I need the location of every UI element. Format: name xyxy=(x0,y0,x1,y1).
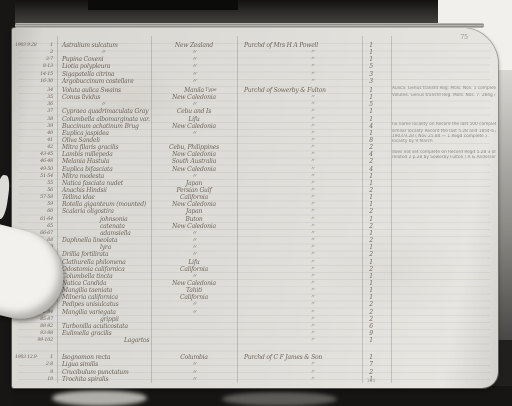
specimen-count: 7 xyxy=(354,361,388,368)
source: Purchd of C F James & Son xyxy=(244,354,322,361)
item-number: 88-92 xyxy=(19,323,53,330)
source-ditto: 〃 xyxy=(310,369,315,376)
ledger-row: 78Mangilia taeniataTahiti〃1 xyxy=(12,287,498,294)
species-name: Tellina idae xyxy=(62,194,95,201)
source-ditto: 〃 xyxy=(310,287,315,294)
specimen-count: 1 xyxy=(354,259,388,266)
locality: New Caledonia xyxy=(153,166,235,173)
ledger-row: 36〃〃〃5 xyxy=(12,101,498,108)
source-ditto: 〃 xyxy=(310,151,315,158)
item-number: 93-98 xyxy=(19,330,53,337)
species-name: Columbella albomarginata var. xyxy=(62,116,150,123)
species-name: Rotella giganteum (mounted) xyxy=(62,201,146,208)
species-name: Euplica bifasciata xyxy=(62,166,113,173)
specimen-count: 1 xyxy=(354,49,388,56)
locality: Cebu, Philippines xyxy=(153,144,235,151)
specimen-count: 2 xyxy=(354,223,388,230)
locality: New Caledonia xyxy=(153,94,235,101)
ledger-row: 9Crucibulum punctatum〃〃2 xyxy=(12,369,498,376)
source-ditto: 〃 xyxy=(310,280,315,287)
ledger-row: 60Scalaria oligostiraJapan〃2 xyxy=(12,208,498,215)
ledger-row: 80-81Pedipes unisulcatus〃〃2 xyxy=(12,301,498,308)
species-name: Liotia polypleura xyxy=(62,63,110,70)
specimen-count: 2 xyxy=(354,158,388,165)
pencil-total-note: 134 xyxy=(354,379,388,384)
species-name: Eulimella gracilis xyxy=(62,330,112,337)
source-ditto: 〃 xyxy=(310,71,315,78)
source-ditto: 〃 xyxy=(310,201,315,208)
specimen-count: 5 xyxy=(354,101,388,108)
locality: 〃 xyxy=(153,273,235,280)
locality: Cebu and Is xyxy=(153,108,235,115)
locality: 〃 xyxy=(153,56,235,63)
species-name: Drillia fortilirata xyxy=(62,251,108,258)
item-number: 9 xyxy=(19,369,53,376)
species-name: Voluta aulica Swains xyxy=(62,87,121,94)
specimen-count: 3 xyxy=(354,71,388,78)
ledger-row: 79Milneria californicaCalifornia〃1 xyxy=(12,294,498,301)
source-ditto: 〃 xyxy=(310,223,315,230)
locality: 〃 xyxy=(153,63,235,70)
locality: 〃 xyxy=(153,173,235,180)
source-ditto: 〃 xyxy=(310,56,315,63)
source-ditto: 〃 xyxy=(310,173,315,180)
specimen-count: 2 xyxy=(354,144,388,151)
specimen-count: 1 xyxy=(354,130,388,137)
source-ditto: 〃 xyxy=(310,158,315,165)
species-name: Euplica jaspidea xyxy=(62,130,109,137)
ledger-row: 75-76Columbella tincta〃〃1 xyxy=(12,273,498,280)
ledger-photo: 75 1903 9.281Astralium sulcatumNew Zeala… xyxy=(0,0,512,406)
item-number: 14-15 xyxy=(19,71,53,78)
specimen-count: 1 xyxy=(354,201,388,208)
item-number: 41 xyxy=(19,137,53,144)
ledger-row: 72-73Clathurella philomenaLifu〃1 xyxy=(12,259,498,266)
source-ditto: 〃 xyxy=(310,266,315,273)
pencil-note: Volutes. Genus transfd Reg. Mols. Nos. 7… xyxy=(392,93,496,98)
ledger-row: 56Anachis HindsiiPersian Gulf〃2 xyxy=(12,187,498,194)
ledger-page: 75 1903 9.281Astralium sulcatumNew Zeala… xyxy=(12,28,498,388)
locality: South Australia xyxy=(153,158,235,165)
item-number: 56 xyxy=(19,187,53,194)
species-name: Crucibulum punctatum xyxy=(62,369,129,376)
item-number: 16-30 xyxy=(19,78,53,85)
locality: 〃 xyxy=(153,71,235,78)
locality: California xyxy=(153,294,235,301)
source-ditto: 〃 xyxy=(310,376,315,383)
species-name: Argobuccinum costellare xyxy=(62,78,134,85)
source-ditto: 〃 xyxy=(310,187,315,194)
source-ditto: 〃 xyxy=(310,251,315,258)
species-name: Oliva Sandeli xyxy=(62,137,100,144)
ledger-row: 41Oliva Sandeli〃8 xyxy=(12,137,498,144)
locality: Manila xyxy=(153,87,235,94)
source-ditto: 〃 xyxy=(310,101,315,108)
specimen-count: 1 xyxy=(354,108,388,115)
background-highlight xyxy=(222,392,337,406)
item-number: 39 xyxy=(19,123,53,130)
specimen-count: 1 xyxy=(354,194,388,201)
source-ditto: 〃 xyxy=(310,273,315,280)
species-name: Isognomon recta xyxy=(62,354,110,361)
ledger-row: 1903 12.91Isognomon rectaColumbiaPurchd … xyxy=(12,354,498,361)
ledger-row: 1903 9.281Astralium sulcatumNew ZealandP… xyxy=(12,42,498,49)
locality: 〃 xyxy=(153,130,235,137)
locality: 〃 xyxy=(153,301,235,308)
source-ditto: 〃 xyxy=(310,130,315,137)
source-ditto: 〃 xyxy=(310,166,315,173)
item-number: 1 xyxy=(19,354,53,361)
specimen-count: 2 xyxy=(354,266,388,273)
ledger-row: 8-13Liotia polypleura〃〃5 xyxy=(12,63,498,70)
item-number: 8-13 xyxy=(19,63,53,70)
source: Purchd of Sowerby & Fulton xyxy=(244,87,326,94)
source-ditto: 〃 xyxy=(310,180,315,187)
source-ditto: 〃 xyxy=(310,309,315,316)
item-number: 34 xyxy=(19,87,53,94)
specimen-count: 1 xyxy=(354,230,388,237)
item-number: 2 xyxy=(19,49,53,56)
ledger-row: 3-7Pupina Coxeni〃〃1 xyxy=(12,56,498,63)
source-ditto: 〃 xyxy=(310,361,315,368)
source-ditto: 〃 xyxy=(310,330,315,337)
entries-area: 1903 9.281Astralium sulcatumNew ZealandP… xyxy=(12,28,498,388)
source-ditto: 〃 xyxy=(310,294,315,301)
item-number: 38 xyxy=(19,116,53,123)
species-name: catenata xyxy=(100,223,125,230)
ledger-row: 74Odostomia californicaCalifornia〃2 xyxy=(12,266,498,273)
ledger-row: 82-84Mangilia variegata〃〃2 xyxy=(12,309,498,316)
item-number: 49-50 xyxy=(19,166,53,173)
locality: Japan xyxy=(153,180,235,187)
species-name: Trochita spiralis xyxy=(62,376,108,383)
specimen-count: 1 xyxy=(354,216,388,223)
source-ditto: 〃 xyxy=(310,194,315,201)
source-ditto: 〃 xyxy=(310,116,315,123)
ledger-row: 40Euplica jaspidea〃〃1similar locality Re… xyxy=(12,130,498,137)
pencil-note: no name locality on Record the last 500 … xyxy=(392,122,496,127)
locality: Lifu xyxy=(153,116,235,123)
species-name: Clathurella philomena xyxy=(62,259,126,266)
specimen-count: 1 xyxy=(354,42,388,49)
source-ditto: 〃 xyxy=(310,108,315,115)
locality: 〃 xyxy=(153,101,235,108)
source-ditto: 〃 xyxy=(310,337,315,344)
specimen-count: 2 xyxy=(354,301,388,308)
ledger-row: 57-58Tellina idaeCalifornia〃1 xyxy=(12,194,498,201)
locality: 〃 xyxy=(153,244,235,251)
species-name: Columbella tincta xyxy=(62,273,113,280)
item-number: 35 xyxy=(19,94,53,101)
specimen-count: 1 xyxy=(354,180,388,187)
source-ditto: 〃 xyxy=(310,301,315,308)
locality: 〃 xyxy=(153,49,235,56)
locality: 〃 xyxy=(153,376,235,383)
species-name: Lambis millepeda xyxy=(62,151,113,158)
source-ditto: 〃 xyxy=(310,216,315,223)
source-ditto: 〃 xyxy=(310,316,315,323)
locality: 〃 xyxy=(153,361,235,368)
species-name: Natica Candida xyxy=(62,280,106,287)
locality: New Caledonia xyxy=(153,201,235,208)
item-number: 36 xyxy=(19,101,53,108)
species-name: Anachis Hindsii xyxy=(62,187,107,194)
specimen-count: 1 xyxy=(354,173,388,180)
locality: 〃 xyxy=(153,369,235,376)
item-number: 99-102 xyxy=(19,337,53,344)
ledger-row: 66-67adamsiella〃〃1 xyxy=(12,230,498,237)
ledger-row: 69-70lyra〃〃1 xyxy=(12,244,498,251)
locality: 〃 xyxy=(153,230,235,237)
species-name: johnsonia xyxy=(100,216,127,223)
source-ditto: 〃 xyxy=(310,123,315,130)
specimen-count: 1 xyxy=(354,337,388,344)
species-name: Sigapatella citrina xyxy=(62,71,114,78)
item-number: 46-48 xyxy=(19,158,53,165)
ledger-row: 71Drillia fortilirata〃〃2 xyxy=(12,251,498,258)
ledger-row: 85-87grippii〃2 xyxy=(12,316,498,323)
specimen-count: 1 xyxy=(354,87,388,94)
species-name: Conus lividus xyxy=(62,94,100,101)
species-name: Ligua similis xyxy=(62,361,98,368)
ledger-row: 59Rotella giganteum (mounted)New Caledon… xyxy=(12,201,498,208)
species-name: grippii xyxy=(100,316,119,323)
species-name: Mitra filaris gracilis xyxy=(62,144,118,151)
locality: Lifu xyxy=(153,259,235,266)
item-number: 61-64 xyxy=(19,216,53,223)
ledger-row: 51-54Mitra modesta〃〃1 xyxy=(12,173,498,180)
species-name: Pupina Coxeni xyxy=(62,56,103,63)
ledger-row: 43-45Lambis millepedaNew Caledonia〃4does… xyxy=(12,151,498,158)
background-highlight xyxy=(52,390,147,406)
item-number: 65 xyxy=(19,223,53,230)
specimen-count: 2 xyxy=(354,208,388,215)
species-name: lyra xyxy=(100,244,111,251)
ledger-row: 10Trochita spiralis〃〃1 xyxy=(12,376,498,383)
ledger-row: 55Natica fasciata nudetJapan〃1 xyxy=(12,180,498,187)
specimen-count: 2 xyxy=(354,369,388,376)
source-ditto: 〃 xyxy=(310,137,315,144)
specimen-count: 1 xyxy=(354,280,388,287)
species-name: Odostomia californica xyxy=(62,266,125,273)
specimen-count: 4 xyxy=(354,123,388,130)
locality: 〃 xyxy=(153,237,235,244)
item-number: 3-7 xyxy=(19,56,53,63)
species-name: Scalaria oligostira xyxy=(62,208,114,215)
specimen-count: 1 xyxy=(354,244,388,251)
item-number: 59 xyxy=(19,201,53,208)
ledger-row: 61-64johnsoniaButon〃1 xyxy=(12,216,498,223)
ledger-row: 35Conus lividusNew Caledonia〃1Volutes. G… xyxy=(12,94,498,101)
source: Purchd of Mrs H A Powell xyxy=(244,42,318,49)
specimen-count: 2 xyxy=(354,251,388,258)
specimen-count: 2 xyxy=(354,237,388,244)
specimen-count: 1 xyxy=(354,354,388,361)
specimen-count: 4 xyxy=(354,151,388,158)
specimen-count: 1 xyxy=(354,94,388,101)
ledger-row: 65catenataNew Caledonia〃2 xyxy=(12,223,498,230)
species-name: Mangilia variegata xyxy=(62,309,116,316)
locality: 〃 xyxy=(153,251,235,258)
species-name: Pedipes unisulcatus xyxy=(62,301,118,308)
locality: New Caledonia xyxy=(153,123,235,130)
species-name: 〃 xyxy=(100,49,106,56)
species-name: Lagartos xyxy=(124,337,149,344)
item-number: 43-45 xyxy=(19,151,53,158)
source-ditto: 〃 xyxy=(310,78,315,85)
item-number: 57-58 xyxy=(19,194,53,201)
locality: Buton xyxy=(153,216,235,223)
pencil-note: Aulica. Genus transfd Reg. Mols. Nos. 1 … xyxy=(392,86,496,91)
item-number: 37 xyxy=(19,108,53,115)
background-shadow xyxy=(88,0,238,10)
item-number: 42 xyxy=(19,144,53,151)
locality: 〃 xyxy=(153,309,235,316)
species-name: Melania Hastula xyxy=(62,158,109,165)
ledger-row: 2〃〃〃1 xyxy=(12,49,498,56)
species-name: Mangilia taeniata xyxy=(62,287,112,294)
ledger-row: 77Natica CandidaNew Caledonia〃1 xyxy=(12,280,498,287)
item-number: 40 xyxy=(19,130,53,137)
specimen-count: 1 xyxy=(354,116,388,123)
source-ditto: 〃 xyxy=(310,237,315,244)
specimen-count: 4 xyxy=(354,166,388,173)
locality: New Zealand xyxy=(153,42,235,49)
species-name: Buccinum achatinum Brug xyxy=(62,123,139,130)
locality: Japan xyxy=(153,208,235,215)
source-ditto: 〃 xyxy=(310,230,315,237)
ledger-row: 16-30Argobuccinum costellare〃〃3 xyxy=(12,78,498,85)
species-name: Turbonilla acuticostata xyxy=(62,323,128,330)
locality: California xyxy=(153,266,235,273)
specimen-count: 6 xyxy=(354,323,388,330)
source-ditto: 〃 xyxy=(310,259,315,266)
item-number: 51-54 xyxy=(19,173,53,180)
locality: Persian Gulf xyxy=(153,187,235,194)
item-number: 1 xyxy=(19,42,53,49)
locality: Columbia xyxy=(153,354,235,361)
species-name: 〃 xyxy=(100,101,106,108)
species-name: Natica fasciata nudet xyxy=(62,180,123,187)
ledger-row: 46-48Melania HastulaSouth Australia〃2 xyxy=(12,158,498,165)
item-number: 55 xyxy=(19,180,53,187)
specimen-count: 3 xyxy=(354,78,388,85)
ledger-row: 68Daphnella lineolata〃〃2 xyxy=(12,237,498,244)
specimen-count: 1 xyxy=(354,294,388,301)
ledger-row: 2-8Ligua similis〃〃7 xyxy=(12,361,498,368)
specimen-count: 2 xyxy=(354,309,388,316)
ledger-row: 14-15Sigapatella citrina〃〃3 xyxy=(12,71,498,78)
specimen-count: 8 xyxy=(354,137,388,144)
specimen-count: 1 xyxy=(354,287,388,294)
species-name: Daphnella lineolata xyxy=(62,237,117,244)
species-name: Cypraea quadrimaculata Gray xyxy=(62,108,148,115)
source-ditto: 〃 xyxy=(310,244,315,251)
source-ditto: 〃 xyxy=(310,63,315,70)
locality: Tahiti xyxy=(153,287,235,294)
source-ditto: 〃 xyxy=(310,144,315,151)
specimen-count: 2 xyxy=(354,316,388,323)
ledger-row: 99-102Lagartos〃1 xyxy=(12,337,498,344)
ledger-row: 49-50Euplica bifasciataNew Caledonia〃4 xyxy=(12,166,498,173)
source-ditto: 〃 xyxy=(310,208,315,215)
species-name: adamsiella xyxy=(100,230,131,237)
specimen-count: 5 xyxy=(354,63,388,70)
locality: California xyxy=(153,194,235,201)
specimen-count: 1 xyxy=(354,273,388,280)
ledger-row: 88-92Turbonilla acuticostata〃6 xyxy=(12,323,498,330)
specimen-count: 9 xyxy=(354,330,388,337)
specimen-count: 1 xyxy=(354,56,388,63)
species-name: Astralium sulcatum xyxy=(62,42,118,49)
specimen-count: 2 xyxy=(354,187,388,194)
item-number: 2-8 xyxy=(19,361,53,368)
locality: New Caledonia xyxy=(153,280,235,287)
source-ditto: 〃 xyxy=(310,323,315,330)
ledger-row: 37Cypraea quadrimaculata GrayCebu and Is… xyxy=(12,108,498,115)
item-number: 60 xyxy=(19,208,53,215)
species-name: Mitra modesta xyxy=(62,173,104,180)
species-name: Milneria californica xyxy=(62,294,118,301)
locality: 〃 xyxy=(153,78,235,85)
item-number: 10 xyxy=(19,376,53,383)
locality: New Caledonia xyxy=(153,223,235,230)
source-ditto: 〃 xyxy=(310,49,315,56)
source-ditto: 〃 xyxy=(310,94,315,101)
ledger-row: 93-98Eulimella gracilis〃9 xyxy=(12,330,498,337)
locality: New Caledonia xyxy=(153,151,235,158)
